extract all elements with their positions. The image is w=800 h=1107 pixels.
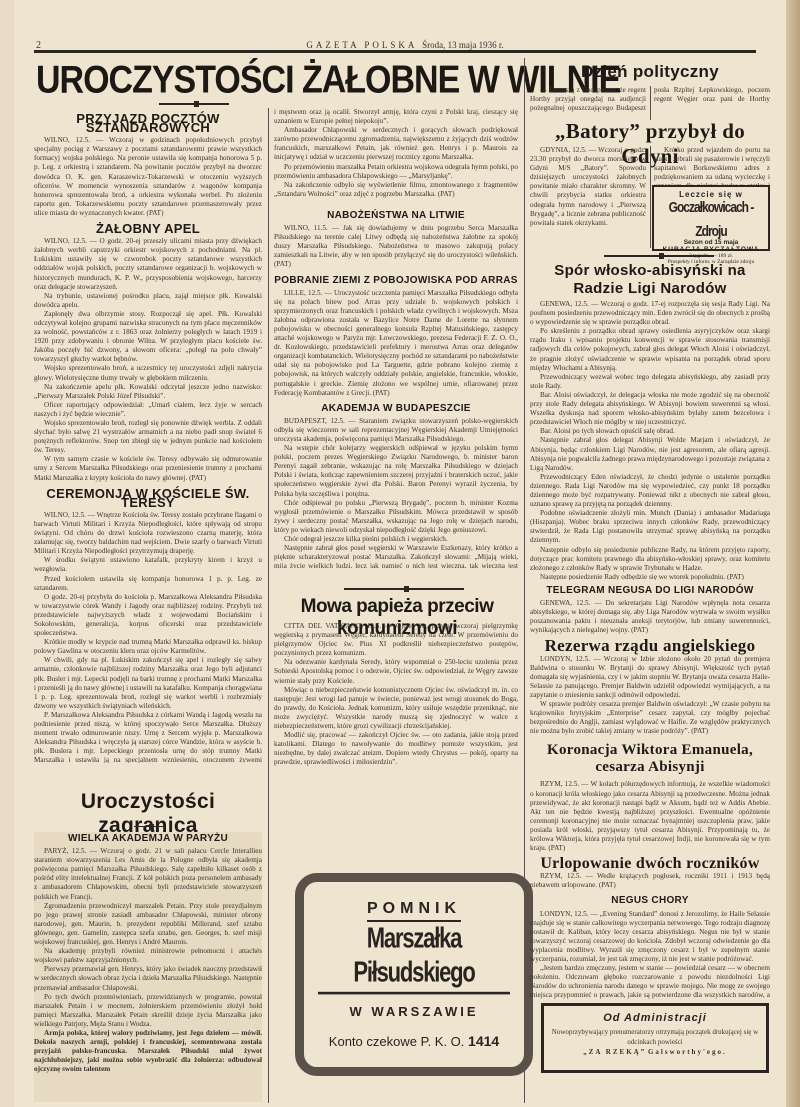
notice-body: Nowoprzybywający prenumeratorzy otrzymaj… <box>552 1028 758 1046</box>
section-title: PRZYJAZD POCZTÓW SZTANDAROWYCH <box>34 114 262 132</box>
paragraph: Bar. Aloisi po tych słowach opuścił salę… <box>530 427 770 436</box>
column-divider <box>268 108 269 1103</box>
paragraph: Chór odśpiewał po polsku „Pierwszą Bryga… <box>274 499 518 535</box>
paragraph: LILLE, 12.5. — Uroczystość uczczenia pam… <box>274 289 518 398</box>
paragraph: Po tych dwóch przemówieniach, przewidzia… <box>34 993 262 1029</box>
paragraph: Następnie zabrał głos delegat Abisynji W… <box>530 436 770 472</box>
political-day-article: — Donoszą z Budapesztu, że regent Horthy… <box>530 86 770 120</box>
paragraph: Na zakończenie apelu płk. Kowalski odczy… <box>34 383 262 401</box>
paragraph: O godz. 20-ej przybyła do kościoła p. Ma… <box>34 593 262 638</box>
paragraph: Modlić się, pracować — zakończył Ojciec … <box>274 731 518 767</box>
paragraph: „Jestem bardzo zmęczony, jestem w stanie… <box>530 964 770 1000</box>
paper-name: GAZETA POLSKA <box>306 40 417 50</box>
paragraph: CITTA DEL VATICANO, 12.5. — Ojciec św. p… <box>274 622 518 658</box>
paragraph: Po przemówieniu marszałka Petain orkiest… <box>274 163 518 181</box>
paragraph: W środku świątyni ustawiono katafalk, pr… <box>34 556 262 574</box>
paragraph: BUDAPESZT, 12.5. — Staraniem związku sto… <box>274 417 518 444</box>
paragraph: i męstwem oraz ją ocalił. Stworzył armję… <box>274 108 518 126</box>
spa-advertisement: Leczcie się w Goczałkowicach - Zdroju Se… <box>652 185 770 251</box>
ad-line: KURACJA RYCZAŁTOWA <box>654 246 768 253</box>
section-title: WIELKA AKADEMJA W PARYŻU <box>34 834 262 843</box>
paragraph: W chwili, gdy na pl. Łukiskim zakończył … <box>34 656 262 711</box>
paragraph: Zapłonęły dwa olbrzymie stosy. Rozpoczął… <box>34 310 262 365</box>
ad-line: POMNIK <box>367 900 461 922</box>
paragraph: Następne posiedzenie Rady odbędzie się w… <box>530 573 770 580</box>
sub-headline: Uroczystości zagranicą <box>34 790 262 838</box>
paragraph: Podobne oświadczenie złożyli min. Munch … <box>530 509 770 545</box>
ad-line: W WARSZAWIE <box>304 1004 524 1019</box>
paragraph: WILNO, 12.5. — Wnętrze Kościoła św. Tere… <box>34 511 262 556</box>
paragraph: WILNO, 11.5. — Jak się dowiadujemy w dni… <box>274 224 518 269</box>
pope-article: CITTA DEL VATICANO, 12.5. — Ojciec św. p… <box>274 622 518 866</box>
paragraph: Armja polska, której walory podziwiamy, … <box>34 1029 262 1074</box>
paragraph: GENEWA, 12.5. — Wczoraj o godz. 17-ej ro… <box>530 300 770 327</box>
paragraph: W tym samym czasie w kościele św. Teresy… <box>34 455 262 482</box>
section-title: Rezerwa rządu angielskiego <box>530 641 770 650</box>
paragraph: RZYM, 12.5. — W kołach półurzędowych inf… <box>530 780 770 853</box>
paragraph: Na wstępie chór kolejarzy węgierskich od… <box>274 444 518 499</box>
paragraph: Przewodniczący wezwał wobec tego delegat… <box>530 373 770 391</box>
paragraph: WILNO, 12.5. — Wczoraj w godzinach popoł… <box>34 136 262 218</box>
paragraph: Krótkie modły w krypcie nad trumną Matki… <box>34 638 262 656</box>
novel-title: „ZA RZEKĄ” <box>583 1048 646 1056</box>
paragraph: LONDYN, 12.5. — Wczoraj w Izbie złożono … <box>530 655 770 700</box>
paragraph: P. Marszałkowa Aleksandra Piłsudska z có… <box>34 711 262 763</box>
paragraph: Przed kościołem ustawiła się kompanja ho… <box>34 575 262 593</box>
ad-line: Goczałkowicach - Zdroju <box>654 195 768 243</box>
paragraph: Ambasador Chłapowski w serdecznych i gor… <box>274 126 518 162</box>
paragraph: Następnie zabrał głos poseł węgierski w … <box>274 544 518 568</box>
paragraph: Chór odegrał jeszcze kilka pieśni polski… <box>274 535 518 544</box>
ad-line: Konto czekowe P. K. O. <box>329 1034 465 1049</box>
section-title: TELEGRAM NEGUSA DO LIGI NARODÓW <box>530 586 770 595</box>
paragraph: Na trybunie, ustawionej pośrodku placu, … <box>34 292 262 310</box>
paragraph: W sprawie podróży cesarza premjer Baldwi… <box>530 700 770 736</box>
paragraph: Po skreśleniu z porządku obrad sprawy os… <box>530 327 770 372</box>
paragraph: Pierwszy przemawiał gen. Henrys, który j… <box>34 965 262 992</box>
paragraph: WILNO, 12.5. — O godz. 20-ej przeszły ul… <box>34 237 262 292</box>
administration-notice: Od Administracji Nowoprzybywający prenum… <box>541 1003 769 1073</box>
paragraph: Mówiąc o niebezpieczeństwie komunistyczn… <box>274 686 518 731</box>
right-column: GENEWA, 12.5. — Wczoraj o godz. 17-ej ro… <box>530 300 770 580</box>
section-title: POBRANIE ZIEMI Z POBOJOWISKA POD ARRAS <box>274 276 518 285</box>
monument-advertisement: POMNIK Marszałka Piłsudskiego W WARSZAWI… <box>295 873 533 1076</box>
section-title: Koronacja Wiktora Emanuela, cesarza Abis… <box>530 742 770 776</box>
paragraph: Następnie odbyło się posiedzenie publicz… <box>530 546 770 573</box>
page-edge <box>786 0 800 1107</box>
notice-title: Od Administracji <box>544 1012 766 1024</box>
ornament-divider <box>344 588 464 590</box>
paragraph: PARYŻ, 12.5. — Wczoraj o godz. 21 w sali… <box>34 847 262 902</box>
paragraph: — Donoszą z Budapesztu, że regent Horthy… <box>530 86 770 120</box>
right-column-lower: TELEGRAM NEGUSA DO LIGI NARODÓW GENEWA, … <box>530 580 770 1000</box>
ornament-divider <box>134 826 164 827</box>
paris-article: WIELKA AKADEMJA W PARYŻU PARYŻ, 12.5. — … <box>34 832 262 1102</box>
main-headline: UROCZYSTOŚCI ŻAŁOBNE W WILNIE <box>36 58 511 103</box>
issue-date: Środa, 13 maja 1936 r. <box>422 40 504 50</box>
middle-column: i męstwem oraz ją ocalił. Stworzył armję… <box>274 108 518 568</box>
novel-author: Galsworthy'ego. <box>648 1048 727 1056</box>
section-title: NEGUS CHORY <box>530 896 770 905</box>
paragraph: Wojsko sprezentowało broń, rozległ się p… <box>34 419 262 455</box>
section-title: CEREMONJA W KOŚCIELE ŚW. TERESY <box>34 489 262 507</box>
ad-account: Konto czekowe P. K. O. 1414 <box>304 1033 524 1049</box>
paragraph: Bar. Aloisi oświadczył, że delegacja wło… <box>530 391 770 427</box>
notice-text: Nowoprzybywający prenumeratorzy otrzymaj… <box>544 1027 766 1057</box>
account-number: 1414 <box>468 1033 499 1049</box>
paragraph: RZYM, 12.5. — Wedle krążących pogłosek, … <box>530 872 770 890</box>
political-day-title: Dzień polityczny <box>530 62 770 82</box>
paragraph: Na zakończenie odbyło się wyświetlenie f… <box>274 181 518 199</box>
paragraph: Oficer raportujący odpowiedział: „Umarł … <box>34 401 262 419</box>
section-title: AKADEMJA W BUDAPESZCIE <box>274 404 518 413</box>
paragraph: Wojsko sprezentowało broń, a uczestnicy … <box>34 364 262 382</box>
paragraph: LONDYN, 12.5. — „Evening Standard” donos… <box>530 910 770 965</box>
paragraph: Przewodniczący Eden oświadczył, że chodz… <box>530 473 770 509</box>
ornament-divider <box>159 103 229 105</box>
newspaper-page: 2 GAZETA POLSKA Środa, 13 maja 1936 r. U… <box>14 0 786 1107</box>
paragraph: GENEWA, 12.5. — Do sekretarjatu Ligi Nar… <box>530 599 770 635</box>
section-title: ŻAŁOBNY APEL <box>34 224 262 233</box>
section-title: Urlopowanie dwóch roczników <box>530 859 770 868</box>
italy-abyssinia-title: Spór włosko-abisyński na Radzie Ligi Nar… <box>530 262 770 298</box>
section-title: NABOŻEŃSTWA NA LITWIE <box>274 211 518 220</box>
paragraph: Na odezwanie kardynała Seredy, który wsp… <box>274 658 518 685</box>
masthead-rule <box>34 50 756 53</box>
ad-line: Marszałka Piłsudskiego <box>318 922 510 995</box>
paragraph: GDYNIA, 12.5. — Wczoraj o godz. 23.30 pr… <box>530 146 646 228</box>
left-column: PRZYJAZD POCZTÓW SZTANDAROWYCH WILNO, 12… <box>34 108 262 763</box>
paragraph: Zgromadzeniu przewodniczył marszałek Pet… <box>34 902 262 947</box>
paragraph: Na akademję przybyli również ministrowie… <box>34 947 262 965</box>
ornament-divider <box>604 255 714 257</box>
